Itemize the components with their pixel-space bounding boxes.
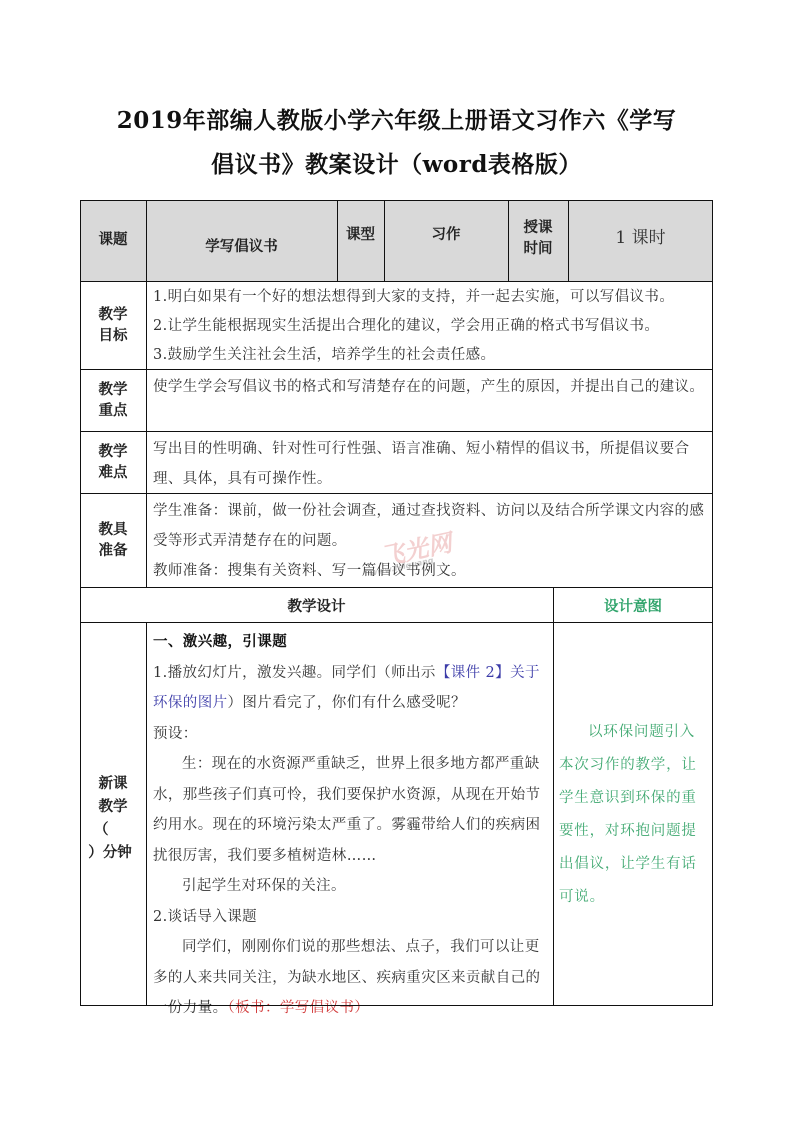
key-points-label: 教学 重点 bbox=[80, 370, 146, 431]
document-title-line-1: 2019年部编人教版小学六年级上册语文习作六《学写 bbox=[0, 102, 793, 135]
objectives-content: 1.明白如果有一个好的想法想得到大家的支持，并一起去实施，可以写倡议书。 2.让… bbox=[146, 282, 713, 369]
new-lesson-content: 一、激兴趣，引课题 1.播放幻灯片，激发兴趣。同学们（师出示【课件 2】关于环保… bbox=[146, 623, 553, 1006]
new-lesson-label: 新课 教学 （ ）分钟 bbox=[80, 623, 146, 1006]
step-1: 1.播放幻灯片，激发兴趣。同学们（师出示【课件 2】关于环保的图片）图片看完了，… bbox=[153, 658, 549, 719]
new-lesson-row: 新课 教学 （ ）分钟 一、激兴趣，引课题 1.播放幻灯片，激发兴趣。同学们（师… bbox=[80, 622, 713, 1006]
objectives-row: 教学 目标 1.明白如果有一个好的想法想得到大家的支持，并一起去实施，可以写倡议… bbox=[80, 281, 713, 369]
student-answer: 生：现在的水资源严重缺乏，世界上很多地方都严重缺水，那些孩子们真可怜，我们要保护… bbox=[153, 749, 549, 871]
preset-label: 预设： bbox=[153, 719, 549, 750]
document-title-line-2: 倡议书》教案设计（word表格版） bbox=[0, 146, 793, 179]
key-points-content: 使学生学会写倡议书的格式和写清楚存在的问题，产生的原因，并提出自己的建议。 bbox=[146, 370, 713, 431]
step-2-title: 2.谈话导入课题 bbox=[153, 902, 549, 933]
time-label-line-2: 时间 bbox=[524, 239, 553, 260]
difficulties-label: 教学 难点 bbox=[80, 432, 146, 493]
objective-item: 2.让学生能根据现实生活提出合理化的建议，学会用正确的格式书写倡议书。 bbox=[153, 312, 707, 341]
effect-note: 引起学生对环保的关注。 bbox=[153, 871, 549, 902]
time-value: 1 课时 bbox=[568, 200, 713, 281]
objective-item: 3.鼓励学生关注社会生活，培养学生的社会责任感。 bbox=[153, 341, 707, 370]
key-points-row: 教学 重点 使学生学会写倡议书的格式和写清楚存在的问题，产生的原因，并提出自己的… bbox=[80, 369, 713, 431]
teacher-preparation: 教师准备：搜集有关资料、写一篇倡议书例文。 bbox=[153, 556, 707, 586]
time-label: 授课 时间 bbox=[508, 200, 568, 281]
objective-item: 1.明白如果有一个好的想法想得到大家的支持，并一起去实施，可以写倡议书。 bbox=[153, 283, 707, 312]
design-header-row: 教学设计 设计意图 bbox=[80, 587, 713, 622]
board-note: （板书：学写倡议书） bbox=[228, 1000, 370, 1016]
step-2-text: 同学们，刚刚你们说的那些想法、点子，我们可以让更多的人来共同关注，为缺水地区、疾… bbox=[153, 932, 549, 1024]
materials-row: 教具 准备 学生准备：课前，做一份社会调查，通过查找资料、访问以及结合所学课文内… bbox=[80, 493, 713, 587]
header-row: 课题 学写倡议书 课型 习作 授课 时间 1 课时 bbox=[80, 200, 713, 281]
time-label-line-1: 授课 bbox=[524, 218, 553, 239]
objectives-label: 教学 目标 bbox=[80, 282, 146, 369]
difficulties-row: 教学 难点 写出目的性明确、针对性可行性强、语言准确、短小精悍的倡议书，所提倡议… bbox=[80, 431, 713, 493]
section-title: 一、激兴趣，引课题 bbox=[153, 627, 549, 658]
materials-label: 教具 准备 bbox=[80, 494, 146, 587]
design-intent-text: 以环保问题引入本次习作的教学，让学生意识到环保的重要性，对环抱问题提出倡议，让学… bbox=[553, 716, 713, 914]
topic-label: 课题 bbox=[80, 200, 146, 281]
design-header-left: 教学设计 bbox=[80, 588, 553, 622]
design-header-right: 设计意图 bbox=[553, 588, 713, 622]
type-label: 课型 bbox=[337, 200, 384, 281]
topic-value: 学写倡议书 bbox=[146, 200, 337, 281]
materials-content: 学生准备：课前，做一份社会调查，通过查找资料、访问以及结合所学课文内容的感受等形… bbox=[146, 494, 713, 587]
student-preparation: 学生准备：课前，做一份社会调查，通过查找资料、访问以及结合所学课文内容的感受等形… bbox=[153, 496, 707, 556]
design-intent-cell: 以环保问题引入本次习作的教学，让学生意识到环保的重要性，对环抱问题提出倡议，让学… bbox=[553, 623, 713, 1006]
difficulties-content: 写出目的性明确、针对性可行性强、语言准确、短小精悍的倡议书，所提倡议要合理、具体… bbox=[146, 432, 713, 493]
type-value: 习作 bbox=[384, 200, 508, 281]
